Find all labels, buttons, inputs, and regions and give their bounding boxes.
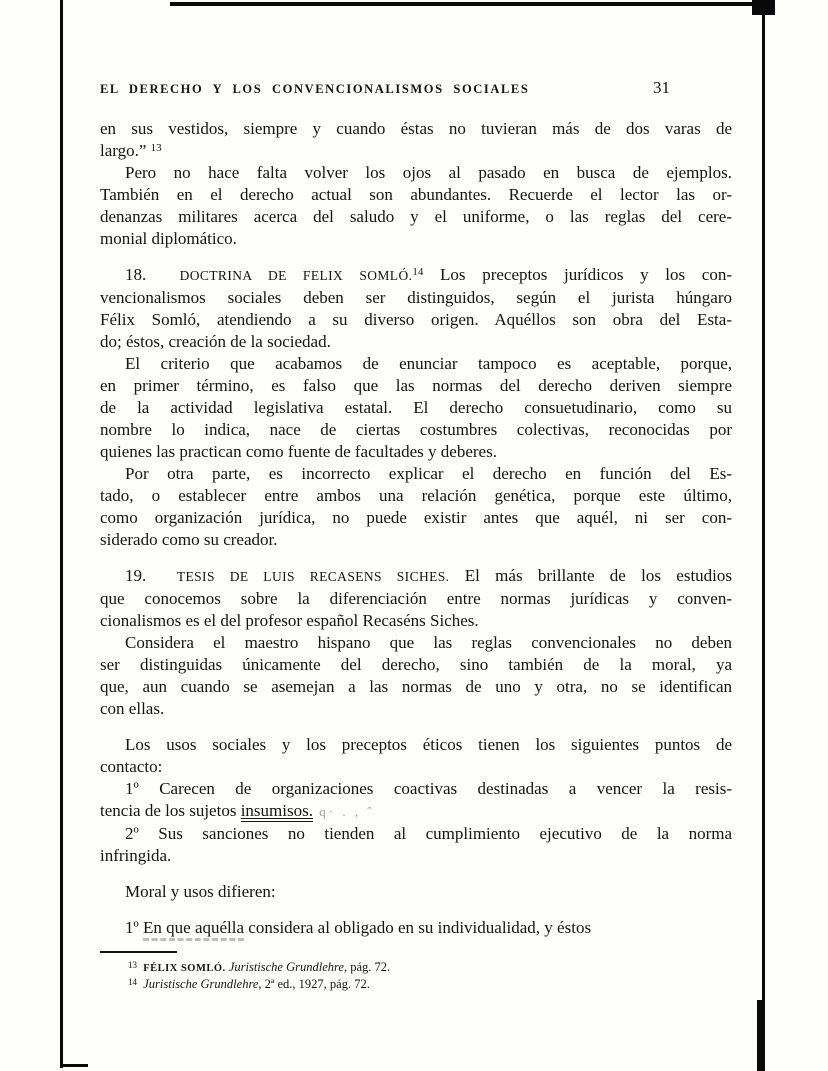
text-line: que, aun cuando se asemejan a las normas… xyxy=(100,676,732,698)
text-run-sc: FÉLIX SOMLÓ. xyxy=(143,963,225,974)
text-line: tencia de los sujetos insumisos. q· . , … xyxy=(100,800,732,823)
text-run-sup: 13 xyxy=(151,142,162,154)
text-line: También en el derecho actual son abundan… xyxy=(100,184,732,206)
text-run: do; éstos, creación de la sociedad. xyxy=(100,332,331,351)
text-run-u2: En que aquélla xyxy=(143,918,244,941)
text-run: 18. xyxy=(125,265,180,284)
footnote: 13 FÉLIX SOMLÓ. Juristische Grundlehre, … xyxy=(100,960,732,977)
text-run-it: Juristische Grundlehre, xyxy=(229,960,347,974)
paragraph: El criterio que acabamos de enunciar tam… xyxy=(100,353,732,463)
text-run: con ellas. xyxy=(100,699,164,718)
text-run: Considera el maestro hispano que las reg… xyxy=(125,633,732,652)
text-run: 1º Carecen de organizaciones coactivas d… xyxy=(125,779,732,798)
running-header: EL DERECHO Y LOS CONVENCIONALISMOS SOCIA… xyxy=(100,78,732,96)
text-line: 18. DOCTRINA DE FELIX SOMLÓ.14 Los prece… xyxy=(100,264,732,287)
text-line: 1º En que aquélla considera al obligado … xyxy=(100,917,732,939)
text-run-it: Juristische Grundlehre, xyxy=(143,977,261,991)
text-line: en primer término, es falso que las norm… xyxy=(100,375,732,397)
frame-top-rule xyxy=(170,2,760,6)
text-run: considera al obligado en su individualid… xyxy=(244,918,591,937)
paragraph: Los usos sociales y los preceptos éticos… xyxy=(100,734,732,778)
text-line: 19. TESIS DE LUIS RECASENS SICHES. El má… xyxy=(100,565,732,588)
text-run-sup: 14 xyxy=(412,266,423,278)
text-run: Los preceptos jurídicos y los con- xyxy=(423,265,732,284)
frame-top-right-corner xyxy=(752,0,775,15)
text-run: El más brillante de los estudios xyxy=(449,566,732,585)
text-run: en sus vestidos, siempre y cuando éstas … xyxy=(100,119,732,138)
text-run: tencia de los sujetos xyxy=(100,801,241,820)
text-run: que, aun cuando se asemejan a las normas… xyxy=(100,677,732,696)
text-line: largo.” 13 xyxy=(100,140,732,162)
text-run: en primer término, es falso que las norm… xyxy=(100,376,732,395)
text-run: denanzas militares acerca del saludo y e… xyxy=(100,207,732,226)
text-line: Félix Somló, atendiendo a su diverso ori… xyxy=(100,309,732,331)
list-item-1: 1º Carecen de organizaciones coactivas d… xyxy=(100,778,732,823)
text-run: 1º xyxy=(125,918,143,937)
text-line: 1º Carecen de organizaciones coactivas d… xyxy=(100,778,732,800)
text-run: Moral y usos difieren: xyxy=(125,882,276,901)
page-number: 31 xyxy=(653,78,670,98)
text-run: Pero no hace falta volver los ojos al pa… xyxy=(125,163,732,182)
text-line: do; éstos, creación de la sociedad. xyxy=(100,331,732,353)
text-line: denanzas militares acerca del saludo y e… xyxy=(100,206,732,228)
text-run: pág. 72. xyxy=(347,960,390,974)
list-item-1b: 1º En que aquélla considera al obligado … xyxy=(100,917,732,939)
text-line: infringida. xyxy=(100,845,732,867)
text-line: Los usos sociales y los preceptos éticos… xyxy=(100,734,732,756)
text-run: quienes las practican como fuente de fac… xyxy=(100,442,497,461)
text-run: 19. xyxy=(125,566,177,585)
paragraph-continuation: en sus vestidos, siempre y cuando éstas … xyxy=(100,118,732,162)
text-block: en sus vestidos, siempre y cuando éstas … xyxy=(100,118,732,939)
text-line: ser distinguidas únicamente del derecho,… xyxy=(100,654,732,676)
text-run: infringida. xyxy=(100,846,171,865)
text-run-u: insumisos. xyxy=(241,801,313,822)
text-line: tado, o establecer entre ambos una relac… xyxy=(100,485,732,507)
text-run: de la actividad legislativa estatal. El … xyxy=(100,398,732,417)
footnote-separator xyxy=(100,951,177,953)
section-19: 19. TESIS DE LUIS RECASENS SICHES. El má… xyxy=(100,565,732,632)
text-run-sc: DOCTRINA DE FELIX SOMLÓ. xyxy=(180,268,413,283)
text-run: Félix Somló, atendiendo a su diverso ori… xyxy=(100,310,732,329)
text-line: quienes las practican como fuente de fac… xyxy=(100,441,732,463)
text-line: Considera el maestro hispano que las reg… xyxy=(100,632,732,654)
section-18: 18. DOCTRINA DE FELIX SOMLÓ.14 Los prece… xyxy=(100,264,732,353)
book-page-scan: EL DERECHO Y LOS CONVENCIONALISMOS SOCIA… xyxy=(0,0,828,1071)
text-run: También en el derecho actual son abundan… xyxy=(100,185,732,204)
list-item-2: 2º Sus sanciones no tienden al cumplimie… xyxy=(100,823,732,867)
text-run: que conocemos sobre la diferenciación en… xyxy=(100,589,732,608)
text-run: Por otra parte, es incorrecto explicar e… xyxy=(125,464,732,483)
text-line: que conocemos sobre la diferenciación en… xyxy=(100,588,732,610)
frame-bottom-left-stub xyxy=(60,1064,88,1067)
text-run: largo.” xyxy=(100,141,151,160)
text-run-pencil: q· . , ˆ xyxy=(313,804,375,819)
text-run: ser distinguidas únicamente del derecho,… xyxy=(100,655,732,674)
text-line: El criterio que acabamos de enunciar tam… xyxy=(100,353,732,375)
text-run: tado, o establecer entre ambos una relac… xyxy=(100,486,732,505)
text-run: contacto: xyxy=(100,757,162,776)
footnotes: 13 FÉLIX SOMLÓ. Juristische Grundlehre, … xyxy=(100,951,732,992)
page-content: EL DERECHO Y LOS CONVENCIONALISMOS SOCIA… xyxy=(100,78,732,992)
text-run: 2º Sus sanciones no tienden al cumplimie… xyxy=(125,824,732,843)
text-run: nombre lo indica, nace de ciertas costum… xyxy=(100,420,732,439)
text-line: con ellas. xyxy=(100,698,732,720)
text-line: cionalismos es el del profesor español R… xyxy=(100,610,732,632)
text-run: siderado como su creador. xyxy=(100,530,278,549)
paragraph: Moral y usos difieren: xyxy=(100,881,732,903)
text-run: como organización jurídica, no puede exi… xyxy=(100,508,732,527)
text-line: vencionalismos sociales deben ser distin… xyxy=(100,287,732,309)
text-run: cionalismos es el del profesor español R… xyxy=(100,611,479,630)
text-run: monial diplomático. xyxy=(100,229,237,248)
text-run-sc: TESIS DE LUIS RECASENS SICHES. xyxy=(177,569,450,584)
text-line: 2º Sus sanciones no tienden al cumplimie… xyxy=(100,823,732,845)
paragraph: Considera el maestro hispano que las reg… xyxy=(100,632,732,720)
frame-left-rule xyxy=(60,0,63,1068)
text-line: en sus vestidos, siempre y cuando éstas … xyxy=(100,118,732,140)
text-run: Los usos sociales y los preceptos éticos… xyxy=(125,735,732,754)
text-line: Pero no hace falta volver los ojos al pa… xyxy=(100,162,732,184)
text-line: nombre lo indica, nace de ciertas costum… xyxy=(100,419,732,441)
text-line: Moral y usos difieren: xyxy=(100,881,732,903)
text-line: de la actividad legislativa estatal. El … xyxy=(100,397,732,419)
text-line: Por otra parte, es incorrecto explicar e… xyxy=(100,463,732,485)
paragraph: Por otra parte, es incorrecto explicar e… xyxy=(100,463,732,551)
text-run: 2ª ed., 1927, pág. 72. xyxy=(262,977,370,991)
paragraph: Pero no hace falta volver los ojos al pa… xyxy=(100,162,732,250)
text-line: siderado como su creador. xyxy=(100,529,732,551)
footnote: 14 Juristische Grundlehre, 2ª ed., 1927,… xyxy=(100,977,732,993)
text-line: como organización jurídica, no puede exi… xyxy=(100,507,732,529)
text-run-sup: 14 xyxy=(128,977,137,987)
text-run: vencionalismos sociales deben ser distin… xyxy=(100,288,732,307)
running-title: EL DERECHO Y LOS CONVENCIONALISMOS SOCIA… xyxy=(100,82,529,97)
frame-right-rule xyxy=(762,8,765,1071)
text-run: El criterio que acabamos de enunciar tam… xyxy=(125,354,732,373)
text-run-sup: 13 xyxy=(128,960,137,970)
footnote-list: 13 FÉLIX SOMLÓ. Juristische Grundlehre, … xyxy=(100,960,732,992)
frame-bottom-right-blob xyxy=(757,1000,765,1071)
text-line: contacto: xyxy=(100,756,732,778)
text-line: monial diplomático. xyxy=(100,228,732,250)
